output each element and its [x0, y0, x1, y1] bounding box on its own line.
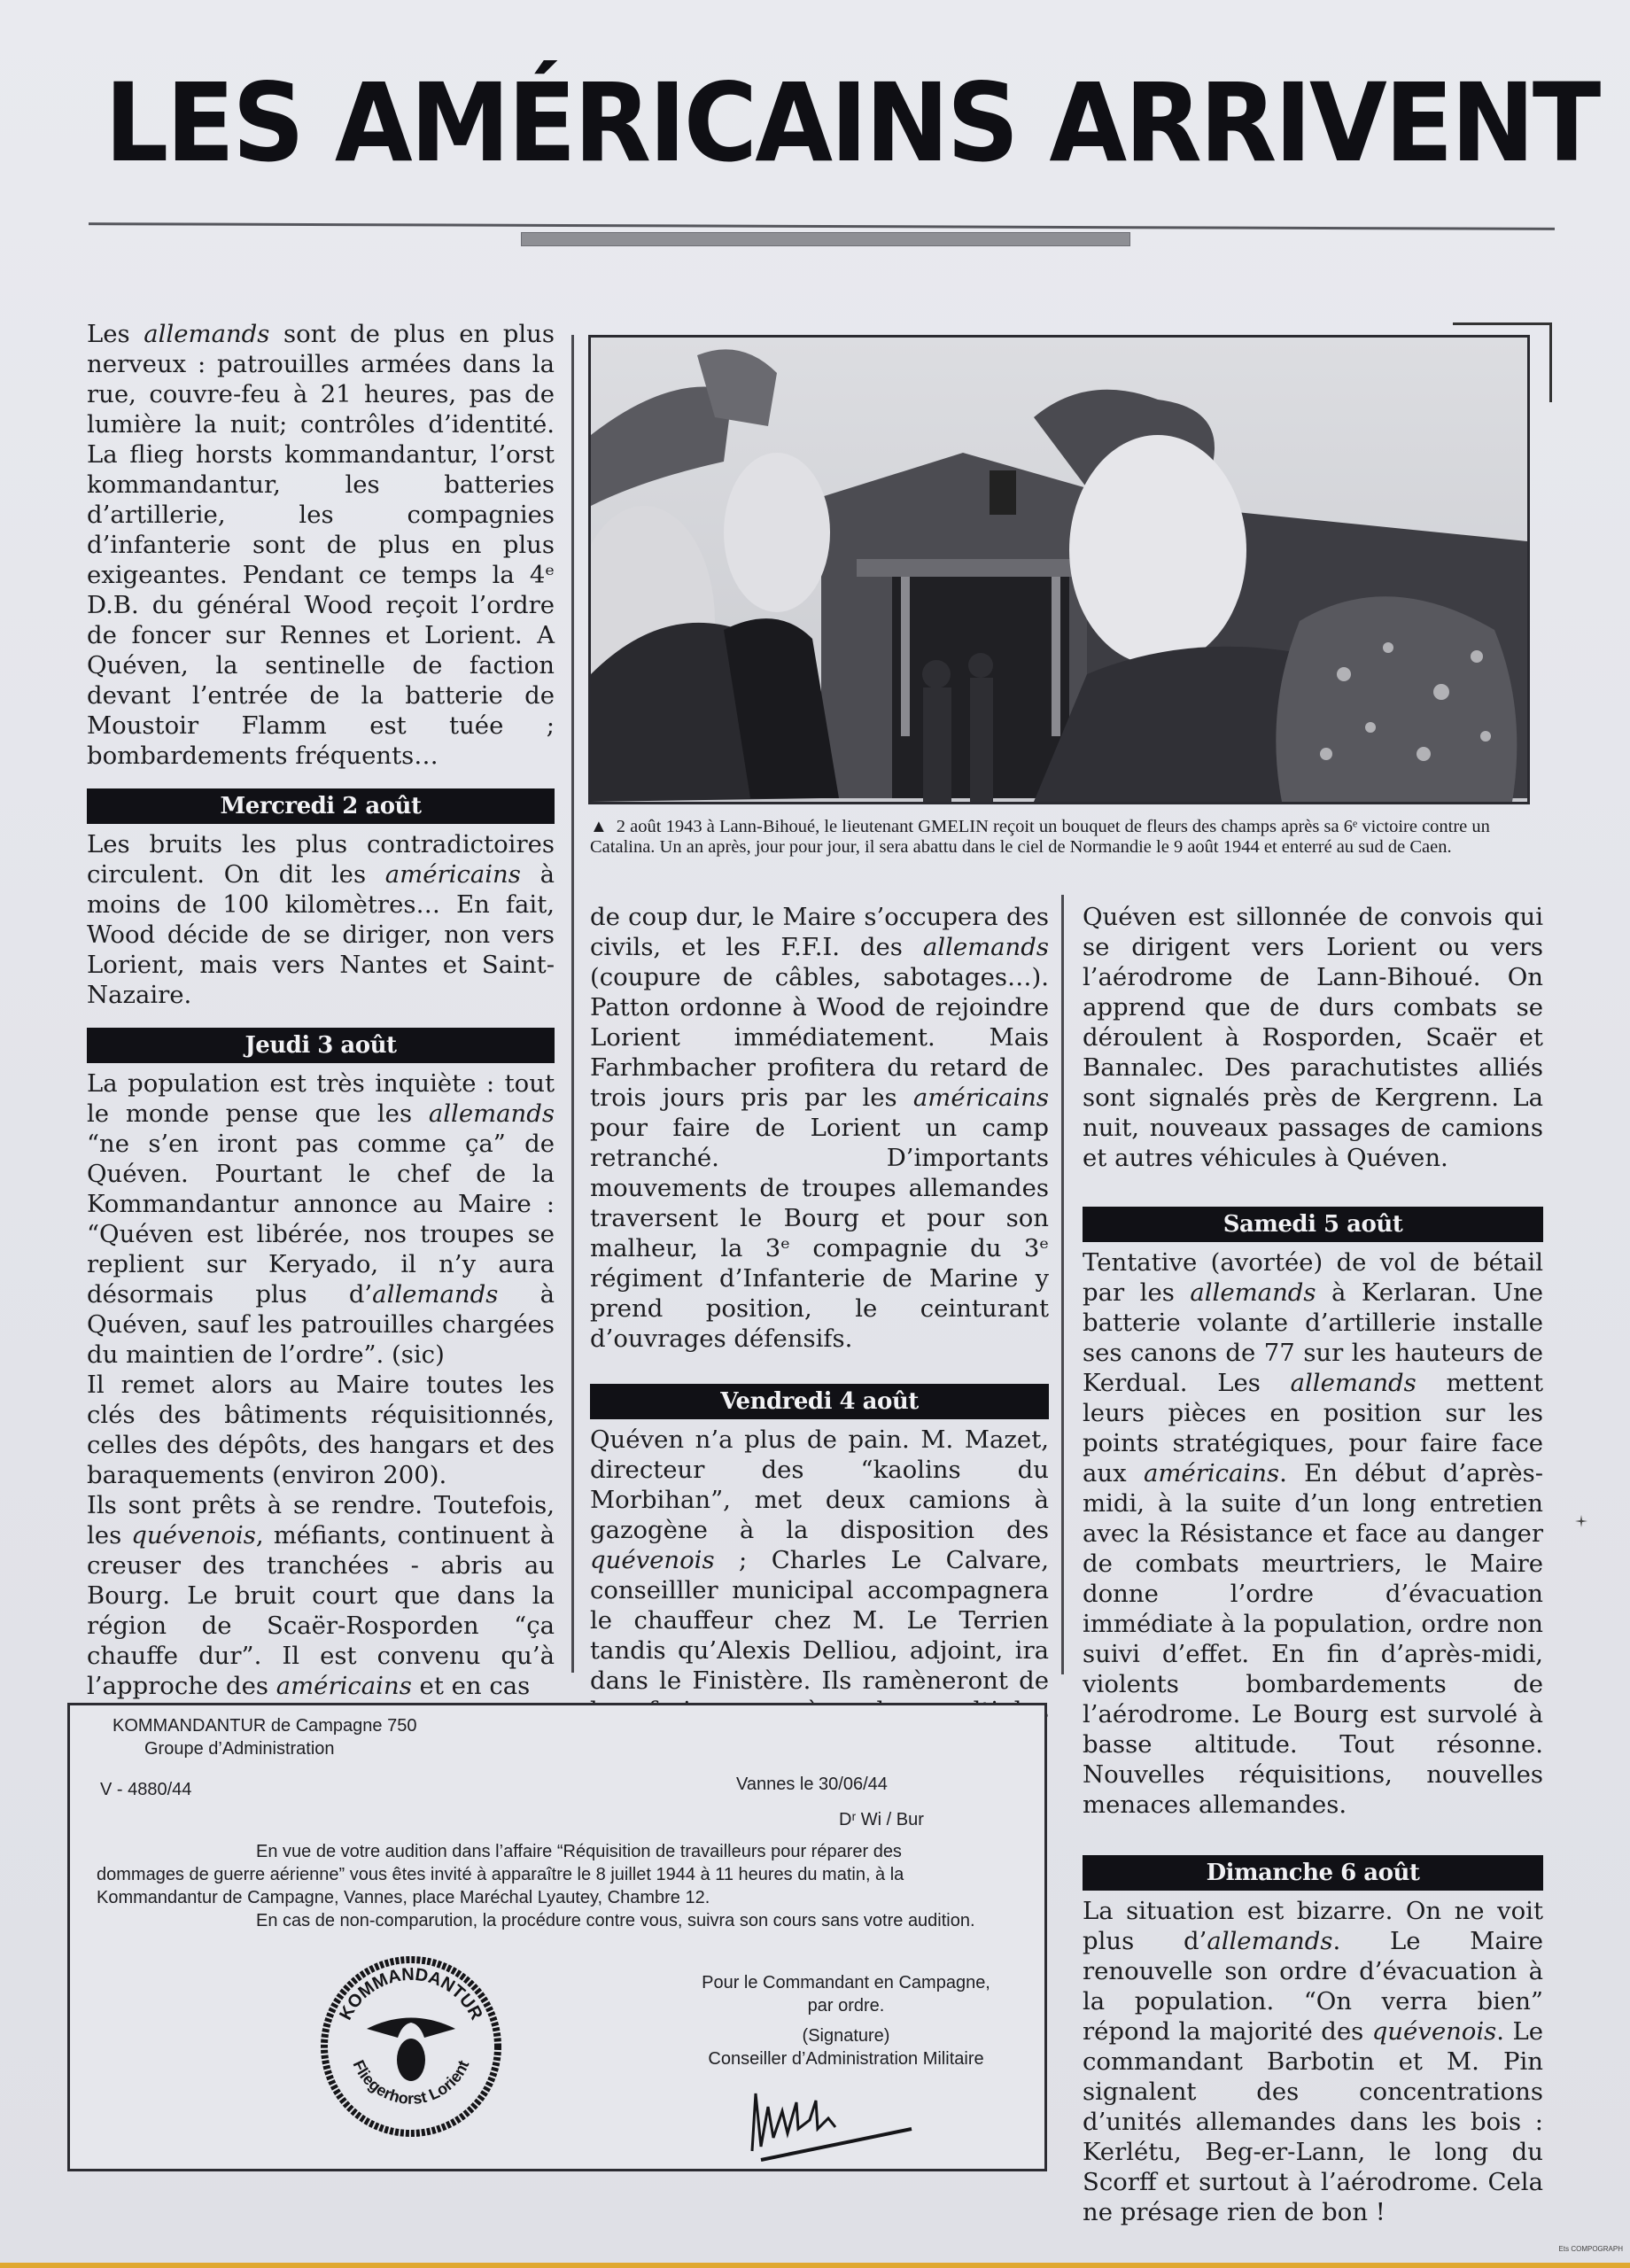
- triangle-marker-icon: ▲: [590, 817, 608, 836]
- letter-reference: V - 4880/44: [100, 1778, 191, 1801]
- poster-page: LES AMÉRICAINS ARRIVENT Les allemands so…: [0, 0, 1630, 2268]
- day-paragraph: Ils sont prêts à se rendre. Toutefois, l…: [87, 1490, 555, 1701]
- headline: LES AMÉRICAINS ARRIVENT: [105, 69, 1440, 177]
- letter-header-1: KOMMANDANTUR de Campagne 750: [113, 1714, 416, 1737]
- letter-place-date: Vannes le 30/06/44: [736, 1773, 888, 1796]
- column-1: Les allemands sont de plus en plus nerve…: [87, 319, 555, 1701]
- kommandantur-stamp-icon: KOMMANDANTUR Fliegerhorst Lorient: [318, 1953, 504, 2140]
- day-paragraph: Les bruits les plus contradictoires circ…: [87, 829, 555, 1010]
- column-2: de coup dur, le Maire s’occupera des civ…: [590, 902, 1049, 1756]
- title-rule-accent: [521, 232, 1130, 246]
- day-paragraph: La population est très inquiète : tout l…: [87, 1068, 555, 1370]
- letter-signature-block: Pour le Commandant en Campagne, par ordr…: [660, 1971, 1032, 2070]
- title-rule: [89, 222, 1555, 230]
- bottom-edge: [0, 2263, 1630, 2268]
- sign-line: (Signature): [660, 2024, 1032, 2047]
- sign-line: par ordre.: [660, 1994, 1032, 2017]
- photo-caption: ▲2 août 1943 à Lann-Bihoué, le lieutenan…: [590, 817, 1538, 858]
- letter-header-2: Groupe d’Administration: [144, 1737, 335, 1760]
- day-header-mercredi: Mercredi 2 août: [87, 788, 555, 824]
- column-3: Quéven est sillonnée de convois qui se d…: [1083, 902, 1543, 2227]
- day-paragraph: Quéven est sillonnée de convois qui se d…: [1083, 902, 1543, 1173]
- day-paragraph: Tentative (avortée) de vol de bétail par…: [1083, 1247, 1543, 1820]
- pin-mark-icon: [1575, 1515, 1587, 1527]
- sign-line: Pour le Commandant en Campagne,: [660, 1971, 1032, 1994]
- kommandantur-letter: KOMMANDANTUR de Campagne 750 Groupe d’Ad…: [67, 1703, 1047, 2171]
- printer-credit: Ets COMPOGRAPH: [1559, 2245, 1623, 2253]
- letter-body-para-1: En vue de votre audition dans l’affaire …: [97, 1840, 982, 1909]
- day-paragraph: Il remet alors au Maire toutes les clés …: [87, 1370, 555, 1490]
- photo: [588, 335, 1530, 804]
- day-header-samedi: Samedi 5 août: [1083, 1207, 1543, 1242]
- letter-initials: Dʳ Wi / Bur: [839, 1808, 924, 1831]
- column-divider: [571, 335, 574, 1673]
- day-header-vendredi: Vendredi 4 août: [590, 1384, 1049, 1419]
- intro-paragraph: Les allemands sont de plus en plus nerve…: [87, 319, 555, 771]
- signature-icon: [743, 2085, 920, 2164]
- sign-line: Conseiller d’Administration Militaire: [660, 2047, 1032, 2070]
- column-divider: [1061, 895, 1064, 1674]
- letter-body-para-2: En cas de non-comparution, la procédure …: [97, 1909, 982, 1932]
- day-header-dimanche: Dimanche 6 août: [1083, 1855, 1543, 1891]
- day-paragraph: La situation est bizarre. On ne voit plu…: [1083, 1896, 1543, 2227]
- photo-frame-corner: [1453, 322, 1552, 325]
- photo-image: [591, 338, 1527, 802]
- photo-frame-corner: [1549, 322, 1552, 402]
- day-paragraph: de coup dur, le Maire s’occupera des civ…: [590, 902, 1049, 1354]
- day-header-jeudi: Jeudi 3 août: [87, 1028, 555, 1063]
- letter-body: En vue de votre audition dans l’affaire …: [97, 1840, 982, 1932]
